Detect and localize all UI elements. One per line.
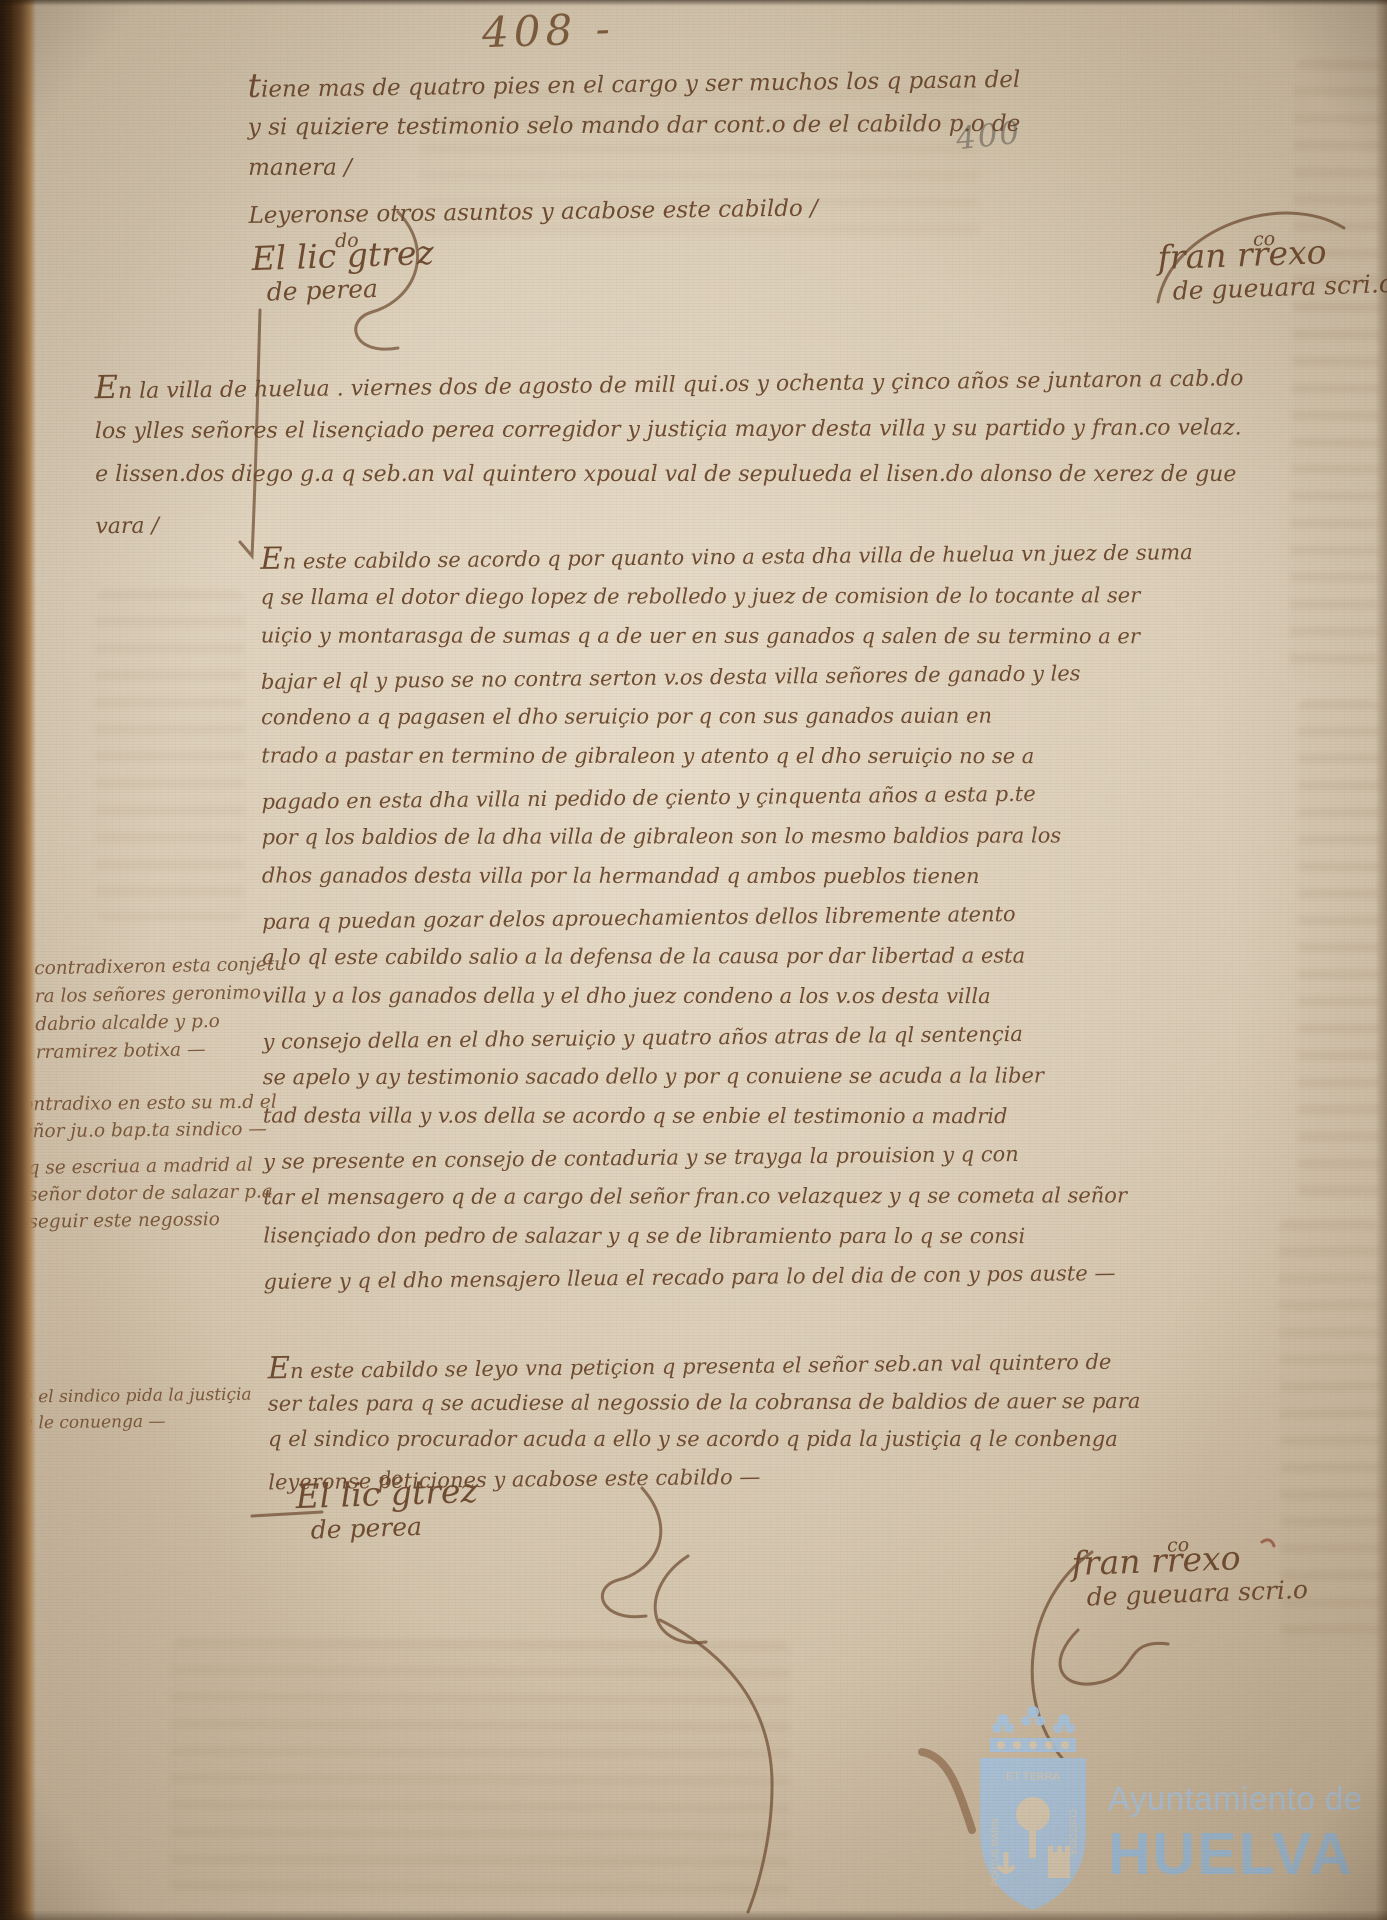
manuscript-line: rramirez botixa — xyxy=(36,1035,288,1067)
watermark-org-label: Ayuntamiento de xyxy=(1108,1780,1363,1818)
manuscript-line: trado a pastar en termino de gibraleon y… xyxy=(261,736,1381,777)
manuscript-line: uiçio y montarasga de sumas q a de uer e… xyxy=(261,616,1381,657)
manuscript-line: ra los señores geronimo xyxy=(35,979,287,1011)
signature-escribano-guevara-bottom: co fran rrexo de gueuara scri.o xyxy=(1071,1536,1308,1612)
margin-note-contradiction-sindico: contradixo en esto su m.d elseñor ju.o b… xyxy=(12,1089,277,1146)
manuscript-line: dabrio alcalde y p.o xyxy=(35,1007,287,1039)
manuscript-line: villa y a los ganados della y el dho jue… xyxy=(262,976,1382,1017)
manuscript-page: 408 - 400 tiene mas de quatro pies en el… xyxy=(0,0,1387,1920)
paragraph-accord-baldios: En este cabildo se acordo q por quanto v… xyxy=(260,532,1383,1299)
crest-motto-left: PORTUS MARIS xyxy=(990,1818,1000,1886)
manuscript-line: pagado en esta dha villa ni pedido de çi… xyxy=(261,770,1381,822)
manuscript-line: tar el mensagero q de a cargo del señor … xyxy=(263,1175,1383,1218)
manuscript-line: y se presente en consejo de contaduria y… xyxy=(263,1130,1383,1182)
signature-surname: de perea xyxy=(310,1510,479,1545)
page-top-edge xyxy=(0,0,1387,6)
manuscript-line: e lissen.dos diego g.a q seb.an val quin… xyxy=(95,452,1380,497)
manuscript-line: y si quiziere testimonio selo mando dar … xyxy=(248,101,1308,148)
manuscript-line: q el sindico procurador acuda a ello y s… xyxy=(268,1421,1383,1458)
crest-motto-right: CUSTODIA xyxy=(1068,1809,1078,1855)
manuscript-line: dhos ganados desta villa por la hermanda… xyxy=(262,856,1382,897)
signature-superscript: do xyxy=(379,1467,403,1490)
manuscript-line: contradixo en esto su m.d el xyxy=(12,1089,277,1119)
manuscript-line: los ylles señores el lisençiado perea co… xyxy=(95,405,1380,454)
manuscript-line: para q puedan gozar delos aprouechamient… xyxy=(262,890,1382,942)
signature-superscript: do xyxy=(335,229,359,252)
manuscript-line: En este cabildo se acordo q por quanto v… xyxy=(260,528,1380,582)
bleed-through-text xyxy=(95,590,245,920)
manuscript-line: tad desta villa y v.os della se acordo q… xyxy=(263,1096,1383,1137)
watermark-city-label: HUELVA xyxy=(1108,1820,1363,1888)
manuscript-line: q le conuenga — xyxy=(22,1408,252,1437)
book-binding-edge xyxy=(0,0,36,1920)
manuscript-line: y consejo della en el dho seruiçio y qua… xyxy=(262,1010,1382,1062)
manuscript-line: Leyeronse otros asuntos y acabose este c… xyxy=(248,181,1308,237)
page-right-edge xyxy=(1375,0,1387,1920)
signature-licenciado-perea-top: do El lic gtrez de perea xyxy=(251,233,436,307)
signature-superscript: co xyxy=(1253,228,1276,251)
manuscript-line: contradixeron esta conjetu xyxy=(34,951,286,983)
margin-note-contradiction-regidores: contradixeron esta conjetura los señores… xyxy=(34,951,288,1067)
manuscript-line: bajar el ql y puso se no contra serton v… xyxy=(261,650,1381,702)
manuscript-line: señor dotor de salazar p.a xyxy=(28,1178,273,1208)
signature-licenciado-perea-bottom: do El lic gtrez de perea xyxy=(295,1471,480,1545)
manuscript-line: por q los baldios de la dha villa de gib… xyxy=(262,815,1382,858)
manuscript-line: lisençiado don pedro de salazar y q se d… xyxy=(263,1216,1383,1257)
manuscript-line: q se escriua a madrid al xyxy=(27,1151,272,1181)
rubric-bottom-left xyxy=(602,1488,660,1617)
margin-note-write-madrid: q se escriua a madrid alseñor dotor de s… xyxy=(27,1151,273,1235)
manuscript-line: q se llama el dotor diego lopez de rebol… xyxy=(261,575,1381,618)
manuscript-line: se apelo y ay testimonio sacado dello y … xyxy=(263,1055,1383,1098)
paragraph-opening: tiene mas de quatro pies en el cargo y s… xyxy=(247,54,1308,233)
paragraph-session-heading: En la villa de huelua . viernes dos de a… xyxy=(95,355,1381,546)
rubric-bottom-right-loop xyxy=(1060,1630,1168,1684)
manuscript-line: a lo ql este cabildo salio a la defensa … xyxy=(262,935,1382,978)
huelva-watermark: ET TERRA PORTUS MARIS CUSTODIA Ayuntamie… xyxy=(940,1688,1370,1913)
manuscript-line: q el sindico pida la justiçia xyxy=(22,1382,252,1411)
manuscript-line: ser tales para q se acudiese al negossio… xyxy=(268,1382,1383,1423)
manuscript-line: seguir este negossio xyxy=(28,1205,273,1235)
crest-motto-top: ET TERRA xyxy=(1006,1771,1061,1783)
manuscript-line: guiere y q el dho mensajero lleua el rec… xyxy=(263,1250,1383,1302)
rubric-bottom-loop xyxy=(655,1556,706,1643)
manuscript-line: condeno a q pagasen el dho seruiçio por … xyxy=(261,695,1381,738)
manuscript-line: señor ju.o bap.ta sindico — xyxy=(12,1116,277,1146)
bleed-through-text xyxy=(169,1638,790,1896)
signature-escribano-guevara-top: co fran rrexo de gueuara scri.o xyxy=(1157,230,1387,306)
signature-superscript: co xyxy=(1167,1534,1190,1557)
huelva-crest-icon: ET TERRA PORTUS MARIS CUSTODIA xyxy=(968,1702,1098,1912)
signature-surname: de perea xyxy=(266,272,435,307)
folio-number-ink: 408 - xyxy=(481,4,615,58)
margin-note-sindico-justice: q el sindico pida la justiçiaq le conuen… xyxy=(22,1382,252,1437)
